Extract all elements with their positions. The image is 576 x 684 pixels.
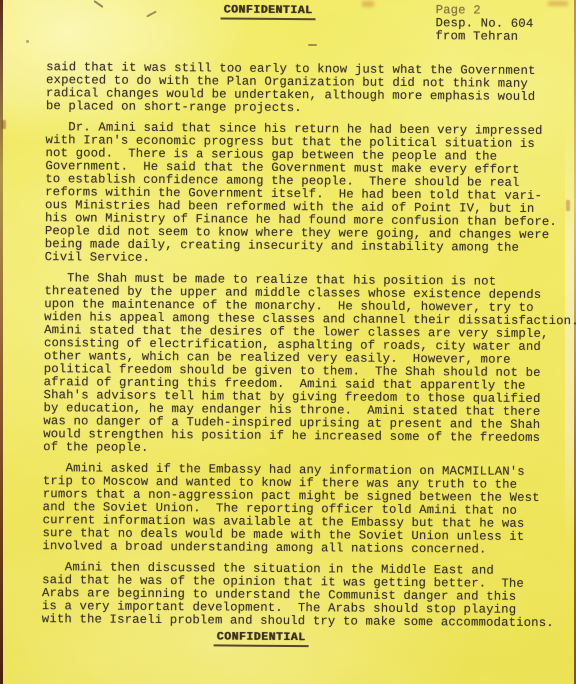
body-paragraph-5: Amini then discussed the situation in th… xyxy=(42,561,576,630)
page-number: Page 2 xyxy=(436,4,534,18)
body-paragraph-3: The Shah must be made to realize that hi… xyxy=(43,272,576,458)
typewritten-layer: CONFIDENTIAL Page 2 Desp. No. 604 from T… xyxy=(0,0,576,684)
confidential-stamp-bottom: CONFIDENTIAL xyxy=(214,630,309,647)
document-body: said that it was still too early to know… xyxy=(42,61,576,638)
body-paragraph-4: Amini asked if the Embassy had any infor… xyxy=(42,462,576,557)
document-page: CONFIDENTIAL Page 2 Desp. No. 604 from T… xyxy=(0,0,576,684)
body-paragraph-2: Dr. Amini said that since his return he … xyxy=(45,121,576,268)
confidential-stamp-top: CONFIDENTIAL xyxy=(221,3,316,20)
body-paragraph-1: said that it was still too early to know… xyxy=(46,61,576,117)
despatch-header: Page 2 Desp. No. 604 from Tehran xyxy=(435,4,533,44)
origin: from Tehran xyxy=(435,30,533,44)
